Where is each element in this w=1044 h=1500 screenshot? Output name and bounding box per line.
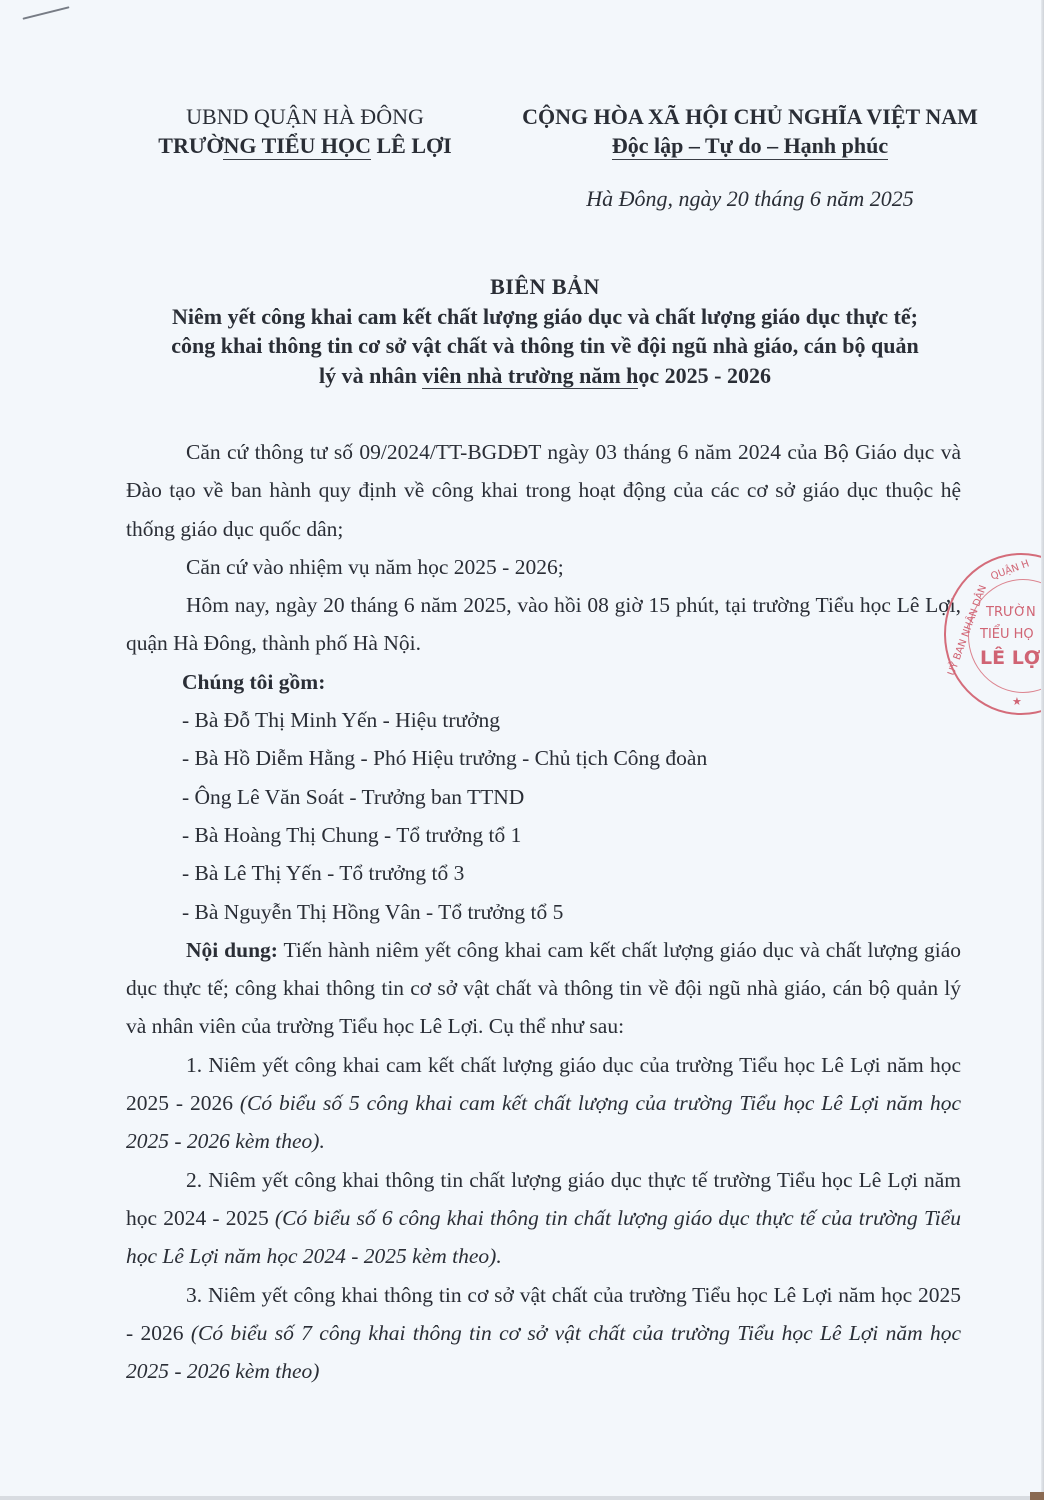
- seal-line-1: TRƯỜN: [986, 605, 1036, 620]
- content-paragraph: Nội dung: Tiến hành niêm yết công khai c…: [126, 931, 961, 1046]
- document-page: UBND QUẬN HÀ ĐÔNG TRƯỜNG TIỂU HỌC LÊ LỢI…: [0, 0, 1044, 1500]
- member-item: - Bà Lê Thị Yến - Tổ trưởng tổ 3: [182, 854, 961, 892]
- member-item: - Bà Hoàng Thị Chung - Tổ trưởng tổ 1: [182, 816, 961, 854]
- member-item: - Bà Nguyễn Thị Hồng Vân - Tổ trưởng tổ …: [182, 893, 961, 931]
- title-sub-2: công khai thông tin cơ sở vật chất và th…: [110, 331, 980, 361]
- title-sub-3: lý và nhân viên nhà trường năm học 2025 …: [110, 361, 980, 391]
- members-label: Chúng tôi gồm:: [182, 663, 961, 701]
- pen-mark: [22, 6, 69, 20]
- member-item: - Bà Đỗ Thị Minh Yến - Hiệu trưởng: [182, 701, 961, 739]
- country-name: CỘNG HÒA XÃ HỘI CHỦ NGHĨA VIỆT NAM: [500, 102, 1000, 131]
- member-item: - Ông Lê Văn Soát - Trưởng ban TTND: [182, 778, 961, 816]
- content-item-1: 1. Niêm yết công khai cam kết chất lượng…: [126, 1046, 961, 1161]
- member-item: - Bà Hồ Diễm Hằng - Phó Hiệu trưởng - Ch…: [182, 739, 961, 777]
- document-title: BIÊN BẢN Niêm yết công khai cam kết chất…: [110, 272, 980, 390]
- title-main: BIÊN BẢN: [110, 272, 980, 302]
- seal-line-2: TIỂU HỌ: [980, 627, 1034, 642]
- star-icon: ★: [1012, 695, 1022, 708]
- document-body: Căn cứ thông tư số 09/2024/TT-BGDĐT ngày…: [126, 433, 961, 1390]
- basis-1: Căn cứ thông tư số 09/2024/TT-BGDĐT ngày…: [126, 433, 961, 548]
- basis-2: Căn cứ vào nhiệm vụ năm học 2025 - 2026;: [126, 548, 961, 586]
- paper-edge-bottom: [0, 1496, 1044, 1500]
- issuer-block: UBND QUẬN HÀ ĐÔNG TRƯỜNG TIỂU HỌC LÊ LỢI: [140, 102, 470, 160]
- title-sub-1: Niêm yết công khai cam kết chất lượng gi…: [110, 302, 980, 332]
- national-motto-block: CỘNG HÒA XÃ HỘI CHỦ NGHĨA VIỆT NAM Độc l…: [500, 102, 1000, 160]
- seal-line-3: LÊ LỢ: [980, 647, 1040, 669]
- paper-corner: [1030, 1492, 1044, 1500]
- meeting-info: Hôm nay, ngày 20 tháng 6 năm 2025, vào h…: [126, 586, 961, 663]
- content-item-2: 2. Niêm yết công khai thông tin chất lượ…: [126, 1161, 961, 1276]
- issuer-school: TRƯỜNG TIỂU HỌC LÊ LỢI: [140, 131, 470, 160]
- motto: Độc lập – Tự do – Hạnh phúc: [612, 133, 888, 160]
- content-item-3: 3. Niêm yết công khai thông tin cơ sở vậ…: [126, 1276, 961, 1391]
- issuer-authority: UBND QUẬN HÀ ĐÔNG: [140, 102, 470, 131]
- document-date: Hà Đông, ngày 20 tháng 6 năm 2025: [560, 186, 940, 212]
